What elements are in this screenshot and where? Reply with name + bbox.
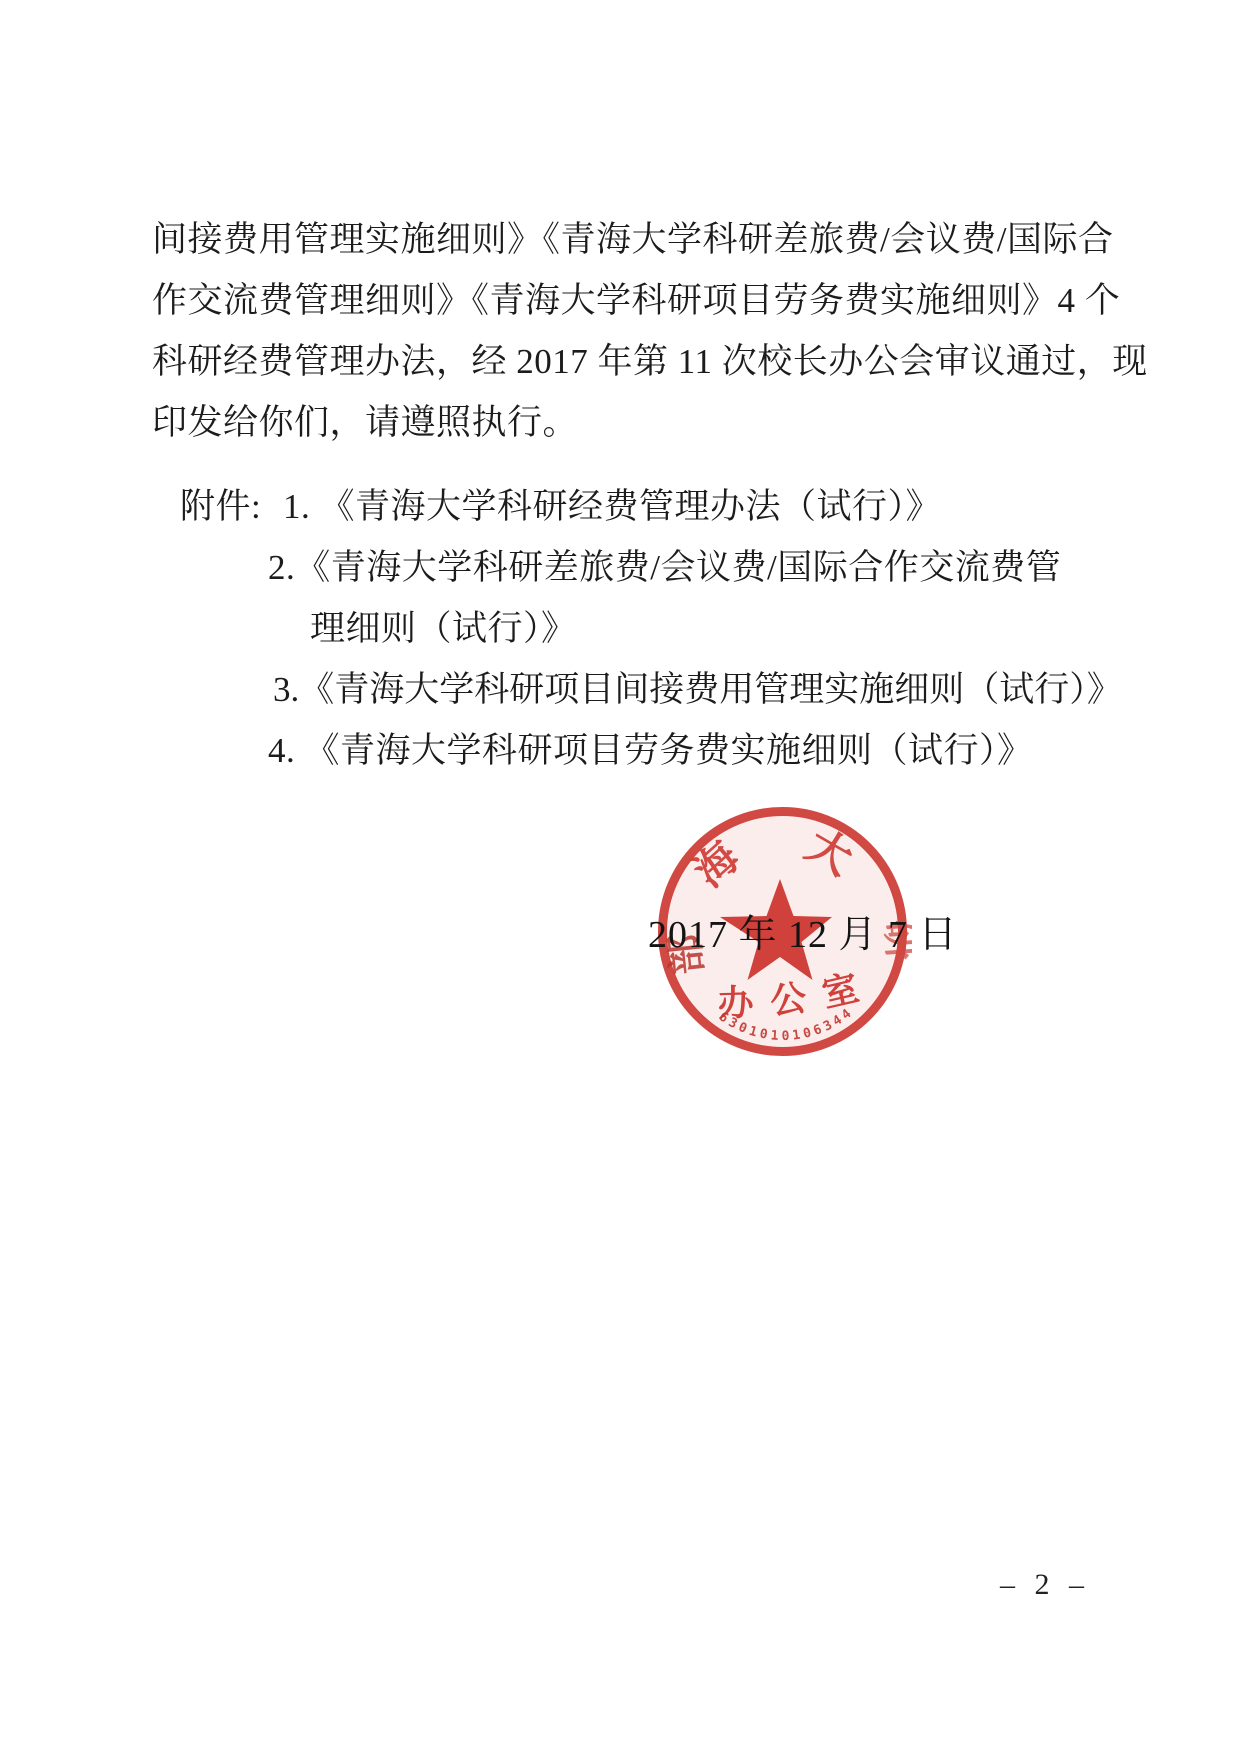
body-line: 印发给你们，请遵照执行。 (152, 405, 578, 440)
attachment-item-3: 3.《青海大学科研项目间接费用管理实施细则（试行）》 (273, 672, 1122, 707)
body-line: 作交流费管理细则》《青海大学科研项目劳务费实施细则》4 个 (152, 283, 1120, 318)
attachment-item-2-line2: 理细则（试行）》 (310, 611, 577, 646)
attachment-item-1: 1. 《青海大学科研经费管理办法（试行）》 (283, 489, 941, 524)
attachment-item-2-line1: 2.《青海大学科研差旅费/会议费/国际合作交流费管 (268, 550, 1061, 585)
body-line: 间接费用管理实施细则》《青海大学科研差旅费/会议费/国际合 (152, 222, 1113, 257)
body-line: 科研经费管理办法，经 2017 年第 11 次校长办公会审议通过，现 (152, 344, 1148, 379)
page-number: – 2 – (1000, 1568, 1090, 1602)
attachments-label: 附件: (180, 489, 261, 524)
issue-date: 2017 年 12 月 7 日 (648, 903, 958, 958)
attachment-item-4: 4. 《青海大学科研项目劳务费实施细则（试行）》 (268, 733, 1033, 768)
document-page: 间接费用管理实施细则》《青海大学科研差旅费/会议费/国际合 作交流费管理细则》《… (0, 0, 1241, 1754)
